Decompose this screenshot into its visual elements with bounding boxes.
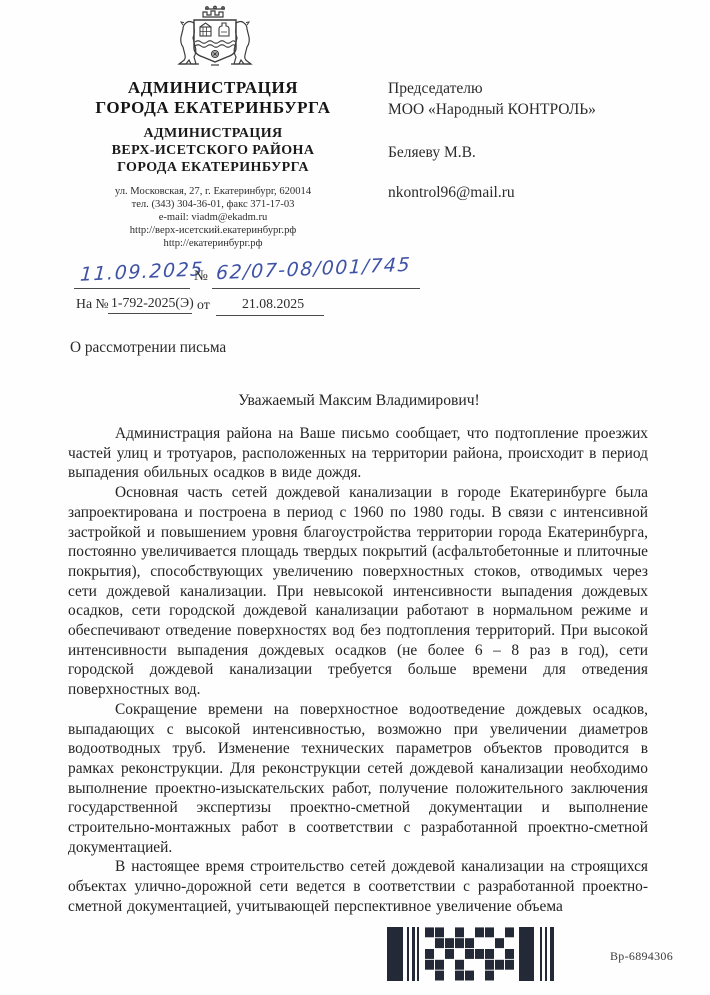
number-underline bbox=[212, 288, 420, 289]
body-paragraph: Сокращение времени на поверхностное водо… bbox=[68, 700, 648, 858]
sender-address: ул. Московская, 27, г. Екатеринбург, 620… bbox=[68, 185, 358, 198]
reply-ref-date: 21.08.2025 bbox=[242, 296, 304, 312]
sender-dept-line3: ГОРОДА ЕКАТЕРИНБУРГА bbox=[68, 159, 358, 176]
sender-dept: АДМИНИСТРАЦИЯ ВЕРХ-ИСЕТСКОГО РАЙОНА ГОРО… bbox=[68, 125, 358, 176]
letter-body: Администрация района на Ваше письмо сооб… bbox=[68, 424, 648, 917]
recipient-title: Председателю bbox=[388, 80, 483, 98]
sender-org-line2: ГОРОДА ЕКАТЕРИНБУРГА bbox=[68, 98, 358, 118]
number-sign: № bbox=[194, 268, 208, 285]
subject-line: О рассмотрении письма bbox=[70, 339, 226, 357]
reply-ref-label: На № bbox=[76, 296, 109, 312]
sender-website-city: http://екатеринбург.рф bbox=[68, 237, 358, 250]
recipient-email: nkontrol96@mail.ru bbox=[388, 184, 515, 202]
recipient-org: МОО «Народный КОНТРОЛЬ» bbox=[388, 101, 596, 119]
letter-page: АДМИНИСТРАЦИЯ ГОРОДА ЕКАТЕРИНБУРГА АДМИН… bbox=[0, 0, 710, 995]
barcode-label: Вр-6894306 bbox=[610, 949, 673, 964]
recipient-name: Беляеву М.В. bbox=[388, 144, 476, 162]
reply-ref-number: 1-792-2025(Э) bbox=[111, 295, 194, 311]
coat-of-arms-icon bbox=[161, 5, 269, 69]
sender-phone: тел. (343) 304-36-01, факс 371-17-03 bbox=[68, 198, 358, 211]
body-paragraph: Основная часть сетей дождевой канализаци… bbox=[68, 483, 648, 700]
body-paragraph: Администрация района на Ваше письмо сооб… bbox=[68, 424, 648, 483]
reply-date-underline bbox=[216, 315, 324, 316]
outgoing-date-handwritten: 11.09.2025 bbox=[79, 258, 204, 285]
sender-email: e-mail: viadm@ekadm.ru bbox=[68, 211, 358, 224]
outgoing-number-handwritten: 62/07-08/001/745 bbox=[215, 254, 411, 285]
reply-ref-from-label: от bbox=[197, 297, 210, 313]
sender-org-line1: АДМИНИСТРАЦИЯ bbox=[68, 78, 358, 98]
document-barcode bbox=[385, 927, 557, 981]
sender-letterhead: АДМИНИСТРАЦИЯ ГОРОДА ЕКАТЕРИНБУРГА АДМИН… bbox=[68, 78, 358, 250]
body-paragraph: В настоящее время строительство сетей до… bbox=[68, 857, 648, 916]
reply-number-underline bbox=[108, 313, 192, 314]
sender-dept-line2: ВЕРХ-ИСЕТСКОГО РАЙОНА bbox=[68, 142, 358, 159]
sender-dept-line1: АДМИНИСТРАЦИЯ bbox=[68, 125, 358, 142]
sender-contact-block: ул. Московская, 27, г. Екатеринбург, 620… bbox=[68, 185, 358, 250]
salutation: Уважаемый Максим Владимирович! bbox=[70, 392, 648, 410]
sender-website-district: http://верх-исетский.екатеринбург.рф bbox=[68, 224, 358, 237]
date-underline bbox=[74, 288, 190, 289]
